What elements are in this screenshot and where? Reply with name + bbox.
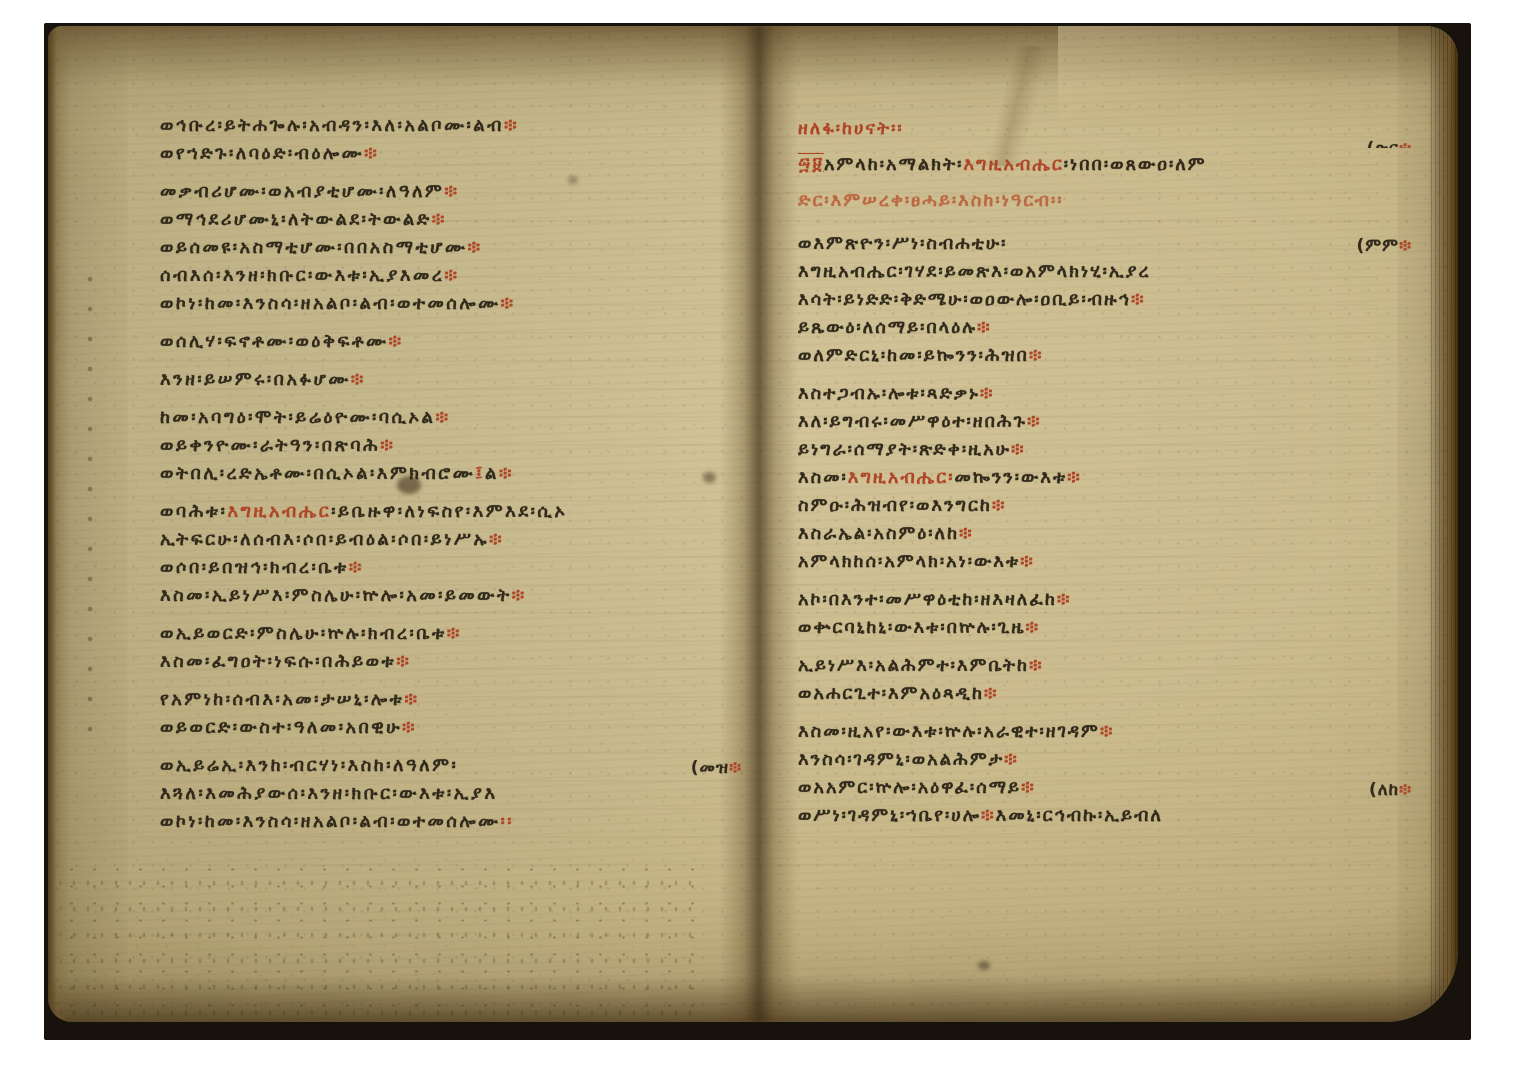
right-page-text: ዘለፋ፡ከሀናት፡፡(ጽር፨፵፱አምላከ፡አማልክት፡እግዚአብሔር፡ነበበ፡ወ…: [798, 112, 1426, 830]
margin-note: (ምም፨: [1357, 232, 1412, 258]
ink-text: (መዝ: [691, 758, 729, 778]
ink-text: ወሶበ፡ይበዝኅ፡ክብረ፡ቤቱ: [160, 557, 349, 578]
ink-text: እስመ፡ፈግዐት፡ነፍሱ፡በሕይወቱ: [160, 651, 396, 672]
rubric-text: ፨: [992, 495, 1007, 516]
text-line: የአምነከ፡ሰብእ፡አመ፡ታሠኒ፡ሎቱ፨: [160, 686, 776, 714]
text-line: እንስሳ፡ገዳምኒ፡ወአልሕምታ፨: [798, 746, 1426, 774]
text-line: ወየኀድጉ፡ለባዕድ፡ብዕሎሙ፨: [160, 140, 776, 168]
ink-text: እስተጋብኡ፡ሎቱ፡ጻድቃኑ: [798, 383, 980, 404]
ink-text: ሰብእሰ፡እንዘ፡ክቡር፡ውእቱ፡ኢያእመረ: [160, 265, 444, 286]
rubric-text: እግዚአብሔር: [963, 154, 1063, 175]
text-line: ዘለፋ፡ከሀናት፡፡(ጽር፨: [798, 112, 1426, 148]
text-line: መቃብሪሆሙ፡ወአብያቲሆሙ፡ለዓለም፨: [160, 178, 776, 206]
rubric-text: ፨: [504, 115, 519, 136]
text-line: አምላክከሰ፡አምላክ፡አነ፡ውእቱ፨: [798, 548, 1426, 576]
ink-text: መቃብሪሆሙ፡ወአብያቲሆሙ፡ለዓለም: [160, 181, 444, 202]
ink-text: ወኮነ፡ከመ፡እንስሳ፡ዘአልቦ፡ልብ፡ወተመሰሎሙ: [160, 293, 501, 314]
rubric-text: ፨: [389, 331, 404, 352]
text-line: ይነግራ፡ሰማያት፡ጽድቀ፡ዚአሁ፨: [798, 436, 1426, 464]
text-line: ወቍርባኒከኒ፡ውእቱ፡በኵሉ፡ጊዜ፨: [798, 614, 1426, 642]
rubric-text: ፨: [1399, 780, 1412, 800]
ink-text: ወሰሊሃ፡ፍኖቶሙ፡ወዕቅፍቶሙ: [160, 331, 389, 352]
ink-text: ይጼውዕ፡ለሰማይ፡በላዕሉ: [798, 317, 977, 338]
ink-text: ፡ይቤዙዋ፡ለነፍስየ፡እምእደ፡ሲኦ: [331, 501, 567, 522]
ink-text: ወትበሊ፡ረድኤቶሙ፡በሲኦል፡እምክብሮሙ: [160, 463, 475, 484]
rubric-text: ድር፡እምሠረቀ፡ፀሓይ፡እስከ፡ነዓርብ፡፡: [798, 190, 1064, 211]
rubric-text: ፨: [1027, 411, 1042, 432]
rubric-text: ፨: [444, 181, 459, 202]
ink-text: ወማኅደሪሆሙኒ፡ለትውልደ፡ትውልድ: [160, 209, 432, 230]
text-line: ኢትፍርሁ፡ለሰብእ፡ሶበ፡ይብዕል፡ሶበ፡ይነሥኡ፨: [160, 526, 776, 554]
rubric-text: ፨: [512, 585, 527, 606]
ink-text: ወቍርባኒከኒ፡ውእቱ፡በኵሉ፡ጊዜ: [798, 617, 1025, 638]
left-page-text: ወኅቡረ፡ይትሐጐሉ፡አብዳን፡እለ፡አልቦሙ፡ልብ፨ወየኀድጉ፡ለባዕድ፡ብዕ…: [160, 112, 776, 836]
rubric-text: ፨: [1131, 289, 1146, 310]
text-line: ወሥነ፡ገዳምኒ፡ኀቤየ፡ሀሎ፨እመኒ፡ርኅብኩ፡ኢይብለ: [798, 802, 1426, 830]
rubric-text: ፨: [729, 758, 742, 778]
ink-text: ወይቀንዮሙ፡ራትዓን፡በጽባሕ: [160, 435, 380, 456]
ink-text: ወኮነ፡ከመ፡እንስሳ፡ዘአልቦ፡ልብ፡ወተመሰሎሙ: [160, 811, 501, 832]
rubric-text: ፨: [1057, 589, 1072, 610]
rubric-text: ፨: [1025, 617, 1040, 638]
ink-text: አምላከ፡አማልክት፡: [824, 154, 963, 175]
text-line: ወኢይወርድ፡ምስሌሁ፡ኵሉ፡ክብረ፡ቤቱ፨: [160, 620, 776, 648]
ink-text: መኰንን፡ውእቱ: [954, 467, 1067, 488]
manuscript-book: ወኅቡረ፡ይትሐጐሉ፡አብዳን፡እለ፡አልቦሙ፡ልብ፨ወየኀድጉ፡ለባዕድ፡ብዕ…: [48, 26, 1458, 1022]
text-line: እስራኤል፡አስምዕ፡ለከ፨: [798, 520, 1426, 548]
ink-text: ወኢይሬኢ፡እንከ፡ብርሃነ፡እስከ፡ለዓለም፡: [160, 755, 458, 776]
rubric-text: እግዚአብሔር: [227, 501, 331, 522]
ink-text: እንስሳ፡ገዳምኒ፡ወአልሕምታ: [798, 749, 1004, 770]
ink-text: (ጽር: [1366, 139, 1399, 148]
ink-text: ወየኀድጉ፡ለባዕድ፡ብዕሎሙ: [160, 143, 364, 164]
rubric-text: ፨: [380, 435, 395, 456]
ink-text: ወአሐርጊተ፡እምአዕጻዲከ: [798, 683, 984, 704]
text-line: ይጼውዕ፡ለሰማይ፡በላዕሉ፨: [798, 314, 1426, 342]
text-line: ወይሰመዩ፡አስማቲሆሙ፡በበአስማቲሆሙ፨: [160, 234, 776, 262]
ink-text: እጓለ፡እመሕያውሰ፡እንዘ፡ክቡር፡ውእቱ፡ኢያእ: [160, 783, 498, 804]
text-line: እግዚአብሔር፡ገሃደ፡ይመጽእ፡ወአምላክነሂ፡ኢያረ: [798, 258, 1426, 286]
ink-text: እስመ፡: [798, 467, 848, 488]
text-line: ኢይነሥእ፡አልሕምተ፡እምቤትከ፨: [798, 652, 1426, 680]
text-line: ወኅቡረ፡ይትሐጐሉ፡አብዳን፡እለ፡አልቦሙ፡ልብ፨: [160, 112, 776, 140]
text-line: እስመ፡እግዚአብሔር፡መኰንን፡ውእቱ፨: [798, 464, 1426, 492]
text-line: እስመ፡ዚአየ፡ውእቱ፡ኵሉ፡አራዊተ፡ዘገዳም፨: [798, 718, 1426, 746]
rubric-text: ፨: [349, 557, 364, 578]
ink-text: አምላክከሰ፡አምላክ፡አነ፡ውእቱ: [798, 551, 1020, 572]
ink-text: (ለከ: [1369, 780, 1399, 800]
rubric-text: ፨: [1029, 655, 1044, 676]
rubric-text: ፨: [447, 623, 462, 644]
text-line: ወማኅደሪሆሙኒ፡ለትውልደ፡ትውልድ፨: [160, 206, 776, 234]
rubric-text: ፨: [432, 209, 447, 230]
margin-note: (ጽር፨: [1366, 132, 1412, 148]
text-line: እለ፡ይግብሩ፡መሥዋዕተ፡ዘበሕጉ፨: [798, 408, 1426, 436]
rubric-text: ዘለፋ፡ከሀናት፡፡: [798, 118, 904, 139]
foxing-speckles: [60, 861, 700, 1022]
rubric-text: ፨: [404, 689, 419, 710]
ink-text: ወሥነ፡ገዳምኒ፡ኀቤየ፡ሀሎ: [798, 805, 981, 826]
rubric-text: ፤: [475, 463, 485, 484]
text-line: ወትበሊ፡ረድኤቶሙ፡በሲኦል፡እምክብሮሙ፤ል፨: [160, 460, 776, 488]
text-line: እሳት፡ይነድድ፡ቅድሜሁ፡ወዐውሎ፡ዐቢይ፡ብዙኅ፨: [798, 286, 1426, 314]
rubric-text: ፨: [959, 523, 974, 544]
rubric-text: ፨: [402, 717, 417, 738]
ink-text: ይነግራ፡ሰማያት፡ጽድቀ፡ዚአሁ: [798, 439, 1011, 460]
text-line: ወባሕቱ፡እግዚአብሔር፡ይቤዙዋ፡ለነፍስየ፡እምእደ፡ሲኦ: [160, 498, 776, 526]
ink-text: እለ፡ይግብሩ፡መሥዋዕተ፡ዘበሕጉ: [798, 411, 1027, 432]
ink-text: ወይሰመዩ፡አስማቲሆሙ፡በበአስማቲሆሙ: [160, 237, 467, 258]
rubric-text: ፨: [364, 143, 379, 164]
rubric-text: ፨: [351, 369, 366, 390]
rubric-text: ፨: [977, 317, 992, 338]
rubric-text: ፨: [1020, 551, 1035, 572]
rubric-text: ፨: [1004, 749, 1019, 770]
rubric-text: ፨: [444, 265, 459, 286]
ink-text: ወባሕቱ፡: [160, 501, 227, 522]
text-line: ከመ፡አባግዕ፡ሞት፡ይሬዕዮሙ፡ባሲኦል፨: [160, 404, 776, 432]
ink-text: ወእምጽዮን፡ሥነ፡ስብሐቲሁ፡: [798, 233, 1007, 254]
text-line: ወኮነ፡ከመ፡እንስሳ፡ዘአልቦ፡ልብ፡ወተመሰሎሙ፡፡: [160, 808, 776, 836]
ink-text: ኢትፍርሁ፡ለሰብእ፡ሶበ፡ይብዕል፡ሶበ፡ይነሥኡ: [160, 529, 489, 550]
rubric-text: ፨: [1029, 345, 1044, 366]
ink-text: እግዚአብሔር፡ገሃደ፡ይመጽእ፡ወአምላክነሂ፡ኢያረ: [798, 261, 1151, 282]
text-line: ወእምጽዮን፡ሥነ፡ስብሐቲሁ፡(ምም፨: [798, 230, 1426, 258]
ink-text: ወአአምር፡ኵሎ፡አዕዋፈ፡ሰማይ: [798, 777, 1021, 798]
rubric-text: ፨: [489, 529, 504, 550]
text-line: እጓለ፡እመሕያውሰ፡እንዘ፡ክቡር፡ውእቱ፡ኢያእ: [160, 780, 776, 808]
text-line: ወአሐርጊተ፡እምአዕጻዲከ፨: [798, 680, 1426, 708]
text-line: ወሰሊሃ፡ፍኖቶሙ፡ወዕቅፍቶሙ፨: [160, 328, 776, 356]
photo-backing: ወኅቡረ፡ይትሐጐሉ፡አብዳን፡እለ፡አልቦሙ፡ልብ፨ወየኀድጉ፡ለባዕድ፡ብዕ…: [44, 23, 1471, 1040]
rubric-text: ፨: [1021, 777, 1036, 798]
rubric-text: ፨: [1067, 467, 1082, 488]
ink-text: እስራኤል፡አስምዕ፡ለከ: [798, 523, 959, 544]
text-line: እንዘ፡ይሠምሩ፡በአፉሆሙ፨: [160, 366, 776, 394]
rubric-text: ፨: [501, 293, 516, 314]
text-line: ወኮነ፡ከመ፡እንስሳ፡ዘአልቦ፡ልብ፡ወተመሰሎሙ፨: [160, 290, 776, 318]
rubric-text: ፨: [1100, 721, 1115, 742]
ink-text: እስመ፡ኢይነሥእ፡ምስሌሁ፡ኵሎ፡አመ፡ይመውት: [160, 585, 512, 606]
rubric-text: ፨: [980, 383, 995, 404]
page-stack-edge: [1428, 26, 1458, 1022]
ink-text: ከመ፡አባግዕ፡ሞት፡ይሬዕዮሙ፡ባሲኦል: [160, 407, 435, 428]
text-line: ወይቀንዮሙ፡ራትዓን፡በጽባሕ፨: [160, 432, 776, 460]
ink-text: (ምም: [1357, 236, 1400, 256]
prick-marks: [86, 274, 95, 744]
text-line: አኮ፡በእንተ፡መሥዋዕቲከ፡ዘእዛለፈከ፨: [798, 586, 1426, 614]
rubric-text: ፨: [467, 237, 482, 258]
ink-text: ፡ነበበ፡ወጸውዐ፡ለም: [1064, 154, 1207, 175]
rubric-text: ፡፡: [501, 811, 515, 832]
text-line: ወአአምር፡ኵሎ፡አዕዋፈ፡ሰማይ፨(ለከ፨: [798, 774, 1426, 802]
ink-text: ል: [485, 463, 499, 484]
ink-stain: [978, 961, 990, 970]
text-line: እስመ፡ፈግዐት፡ነፍሱ፡በሕይወቱ፨: [160, 648, 776, 676]
text-line: ፵፱አምላከ፡አማልክት፡እግዚአብሔር፡ነበበ፡ወጸውዐ፡ለም: [798, 148, 1426, 184]
margin-note: (መዝ፨: [691, 754, 742, 780]
ink-text: ወኢይወርድ፡ምስሌሁ፡ኵሉ፡ክብረ፡ቤቱ: [160, 623, 447, 644]
ink-text: ኢይነሥእ፡አልሕምተ፡እምቤትከ: [798, 655, 1029, 676]
scanned-page: ወኅቡረ፡ይትሐጐሉ፡አብዳን፡እለ፡አልቦሙ፡ልብ፨ወየኀድጉ፡ለባዕድ፡ብዕ…: [0, 0, 1515, 1071]
text-line: ድር፡እምሠረቀ፡ፀሓይ፡እስከ፡ነዓርብ፡፡: [798, 184, 1426, 220]
rubric-text: ፨: [435, 407, 450, 428]
ink-text: ስምዑ፡ሕዝብየ፡ወእንግርከ: [798, 495, 992, 516]
rubric-text: ፨: [1399, 139, 1412, 148]
text-line: እስመ፡ኢይነሥእ፡ምስሌሁ፡ኵሎ፡አመ፡ይመውት፨: [160, 582, 776, 610]
psalm-number: ፵፱: [798, 154, 824, 175]
text-line: ወይወርድ፡ውስተ፡ዓለመ፡አበዊሁ፨: [160, 714, 776, 742]
text-line: ወኢይሬኢ፡እንከ፡ብርሃነ፡እስከ፡ለዓለም፡(መዝ፨: [160, 752, 776, 780]
ink-text: ወለምድርኒ፡ከመ፡ይኰንን፡ሕዝበ: [798, 345, 1029, 366]
rubric-text: ፨: [1399, 236, 1412, 256]
rubric-text: እግዚአብሔር፡: [848, 467, 955, 488]
ink-text: የአምነከ፡ሰብእ፡አመ፡ታሠኒ፡ሎቱ: [160, 689, 404, 710]
ink-text: እስመ፡ዚአየ፡ውእቱ፡ኵሉ፡አራዊተ፡ዘገዳም: [798, 721, 1100, 742]
rubric-text: ፨: [499, 463, 514, 484]
ink-text: እመኒ፡ርኅብኩ፡ኢይብለ: [996, 805, 1163, 826]
text-line: እስተጋብኡ፡ሎቱ፡ጻድቃኑ፨: [798, 380, 1426, 408]
ink-text: አኮ፡በእንተ፡መሥዋዕቲከ፡ዘእዛለፈከ: [798, 589, 1057, 610]
margin-note: (ለከ፨: [1369, 776, 1412, 802]
ink-text: እሳት፡ይነድድ፡ቅድሜሁ፡ወዐውሎ፡ዐቢይ፡ብዙኅ: [798, 289, 1131, 310]
text-line: ወሶበ፡ይበዝኅ፡ክብረ፡ቤቱ፨: [160, 554, 776, 582]
rubric-text: ፨: [981, 805, 996, 826]
rubric-text: ፨: [396, 651, 411, 672]
rubric-text: ፨: [984, 683, 999, 704]
text-line: ሰብእሰ፡እንዘ፡ክቡር፡ውእቱ፡ኢያእመረ፨: [160, 262, 776, 290]
text-line: ስምዑ፡ሕዝብየ፡ወእንግርከ፨: [798, 492, 1426, 520]
ink-text: ወይወርድ፡ውስተ፡ዓለመ፡አበዊሁ: [160, 717, 402, 738]
ink-text: ወኅቡረ፡ይትሐጐሉ፡አብዳን፡እለ፡አልቦሙ፡ልብ: [160, 115, 504, 136]
ink-text: እንዘ፡ይሠምሩ፡በአፉሆሙ: [160, 369, 351, 390]
text-line: ወለምድርኒ፡ከመ፡ይኰንን፡ሕዝበ፨: [798, 342, 1426, 370]
rubric-text: ፨: [1011, 439, 1026, 460]
